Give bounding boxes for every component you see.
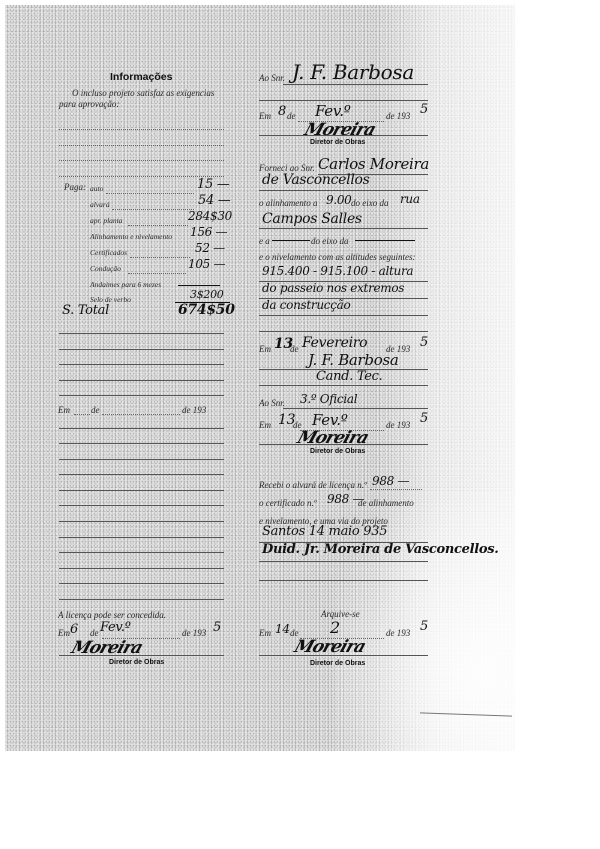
fee-label: apr. planta — [90, 216, 123, 225]
rua-value: rua — [400, 192, 420, 206]
rule — [59, 380, 224, 381]
date-3-year-digit: 5 — [420, 411, 428, 426]
receipt-line-1-label: Recebi o alvará de licença n.º — [259, 480, 367, 490]
altitude-line-1: 915.400 - 915.100 - altura — [262, 264, 413, 278]
ao-snr-value: J. F. Barbosa — [292, 60, 414, 84]
licence-date-day: 6 — [70, 622, 78, 637]
rule — [59, 521, 224, 522]
total-value: 674$50 — [178, 302, 235, 318]
archive-date-de-year: de 193 — [386, 628, 410, 638]
ao-snr-2-value: 3.º Oficial — [300, 392, 357, 406]
archive-text: Arquive-se — [321, 609, 360, 619]
blank-fill — [74, 414, 90, 415]
rule — [259, 100, 428, 101]
fee-value: 15 — — [197, 177, 229, 192]
rule — [59, 583, 224, 584]
rule — [59, 552, 224, 553]
rule — [59, 160, 224, 161]
fee-label: Alinhamento e nivelamento — [90, 232, 172, 241]
licence-number: 988 — — [372, 474, 409, 488]
blank-date-de-year: de 193 — [182, 405, 206, 415]
receipt-line-2-label: o certificado n.º — [259, 498, 317, 508]
licence-date-month: Fev.º — [100, 620, 131, 635]
leader-line — [112, 209, 194, 210]
date-1-em: Em — [259, 111, 271, 121]
rule — [259, 444, 428, 445]
signature-2: J. F. Barbosa — [308, 351, 399, 369]
date-2-year-digit: 5 — [420, 335, 428, 350]
altitude-line-3: da construcção — [262, 298, 350, 312]
blank-date-em: Em — [58, 405, 70, 415]
paga-label: Paga: — [64, 182, 86, 192]
rule — [283, 84, 428, 85]
alinhamento-pre: o alinhamento a — [259, 198, 318, 208]
date-1-year-digit: 5 — [420, 102, 428, 117]
leader-line — [106, 193, 194, 194]
rule — [59, 349, 224, 350]
receipt-line-2-post: de alinhamento — [358, 498, 414, 508]
rule — [59, 490, 224, 491]
date-1-day: 8 — [278, 104, 286, 119]
rule — [259, 228, 428, 229]
rule — [59, 599, 224, 600]
archive-signature: Moreira — [292, 637, 368, 657]
fee-value: 52 — — [195, 241, 225, 255]
rule — [59, 129, 224, 130]
signature-1: Moreira — [302, 120, 378, 140]
fee-dash — [178, 285, 220, 286]
fee-value: 54 — — [198, 193, 230, 208]
leader-line — [130, 257, 190, 258]
date-2-month: Fevereiro — [302, 335, 367, 351]
fee-label: alvará — [90, 200, 110, 209]
blank-fill — [370, 489, 422, 490]
licence-date-de-year: de 193 — [182, 628, 206, 638]
archive-date-month: 2 — [330, 618, 340, 637]
rule — [259, 190, 428, 191]
signature-3: Moreira — [295, 428, 371, 448]
receipt-hand-line-2: Duid. Jr. Moreira de Vasconcellos. — [262, 542, 499, 557]
fee-value: 105 — — [188, 257, 225, 271]
rule — [259, 315, 428, 316]
rule — [59, 474, 224, 475]
date-3-em: Em — [259, 420, 271, 430]
ao-snr-2-label: Ao Snr. — [259, 398, 285, 408]
rule — [59, 395, 224, 396]
e-a-label: e a — [259, 236, 270, 246]
ao-snr-label: Ao Snr. — [259, 73, 285, 83]
fee-label: Andaimes para 6 mezes — [90, 280, 161, 289]
caption-1: Diretor de Obras — [310, 139, 365, 146]
fee-label: Condução — [90, 264, 121, 273]
rule — [259, 135, 428, 136]
archive-date-day: 14 — [275, 622, 290, 636]
rule — [59, 537, 224, 538]
rule — [59, 364, 224, 365]
fee-label: Certificados — [90, 248, 127, 257]
date-3-month: Fev.º — [312, 411, 347, 429]
archive-date-year-digit: 5 — [420, 619, 428, 634]
fee-label: auto — [90, 184, 103, 193]
fee-value: 284$30 — [188, 209, 232, 223]
date-1-de: de — [287, 111, 296, 121]
rule — [59, 443, 224, 444]
rule — [59, 505, 224, 506]
rule — [259, 331, 428, 332]
blank-date-de: de — [91, 405, 100, 415]
blank-dash — [355, 240, 415, 241]
do-eixo-label: do eixo da — [311, 236, 349, 246]
rule — [283, 408, 428, 409]
intro-line-2: para aprovação: — [59, 99, 119, 109]
rule — [259, 561, 428, 562]
fee-value: 3$200 — [190, 288, 224, 301]
date-1-month: Fev.º — [315, 102, 350, 120]
licence-text: A licença pode ser concedida. — [58, 610, 166, 620]
archive-caption: Diretor de Obras — [310, 660, 365, 667]
archive-date-em: Em — [259, 628, 271, 638]
licence-date-em: Em — [58, 628, 70, 638]
forneci-name-2: de Vasconcellos — [262, 172, 370, 188]
altitude-line-2: do passeio nos extremos — [262, 281, 404, 295]
informacoes-heading: Informações — [110, 71, 172, 83]
rule — [59, 333, 224, 334]
rule — [59, 459, 224, 460]
blank-dash — [272, 240, 310, 241]
alinhamento-value: 9.00 — [326, 193, 352, 207]
signature-2-title: Cand. Tec. — [316, 369, 382, 384]
rule — [259, 580, 428, 581]
rule — [59, 428, 224, 429]
alinhamento-post: do eixo da — [351, 198, 389, 208]
total-label: S. Total — [62, 303, 109, 318]
date-2-de: de — [290, 344, 299, 354]
rule — [259, 655, 428, 656]
fee-value: 156 — — [190, 225, 227, 239]
licence-caption: Diretor de Obras — [109, 659, 164, 666]
nivelamento-label: e o nivelamento com as altitudes seguint… — [259, 252, 415, 262]
date-3-de-year: de 193 — [386, 420, 410, 430]
caption-3: Diretor de Obras — [310, 448, 365, 455]
licence-date-de: de — [90, 628, 99, 638]
receipt-hand-line-1: Santos 14 maio 935 — [262, 524, 387, 539]
leader-line — [128, 225, 188, 226]
date-1-de-year: de 193 — [386, 111, 410, 121]
date-2-em: Em — [259, 344, 271, 354]
forneci-name-1: Carlos Moreira — [318, 155, 429, 173]
blank-fill — [102, 414, 180, 415]
street-value: Campos Salles — [262, 211, 362, 227]
leader-line — [128, 273, 186, 274]
rule — [259, 385, 428, 386]
licence-date-year-digit: 5 — [213, 620, 221, 635]
rule — [59, 145, 224, 146]
rule — [59, 655, 224, 656]
rule — [59, 568, 224, 569]
intro-line-1: O incluso projeto satisfaz as exigencias — [72, 88, 214, 98]
